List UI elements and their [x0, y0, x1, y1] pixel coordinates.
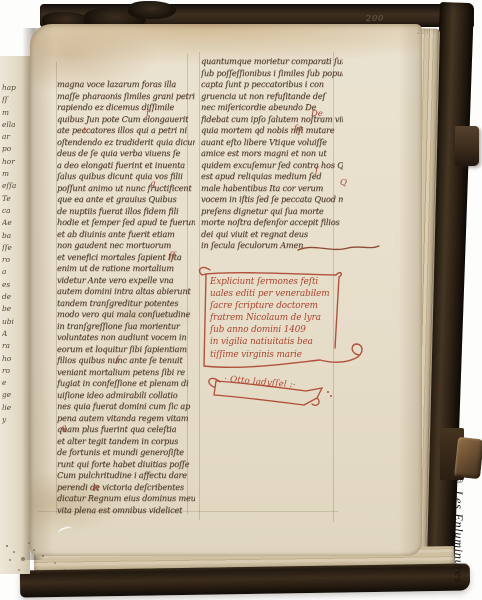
manuscript-line: veniant mortalium petens ſibi re [57, 367, 195, 379]
folio-number: 200 [366, 14, 384, 23]
rubric-colophon-box: Expliciunt ſermones feſtiuales editi per… [196, 262, 366, 376]
manuscript-line: male habentibus Ita cor verum [201, 183, 343, 195]
rubrication-mark: q [150, 180, 155, 188]
text-column-left: magna voce lazarum foras illamaſſe phara… [57, 79, 195, 521]
manuscript-line: vita plena est omnibus videlicet [57, 505, 195, 517]
rubric-line: ſub anno domini 1409 [210, 324, 332, 336]
manuscript-line: quia mortem qd nobis niſi mutare [201, 125, 343, 137]
manuscript-line: dicatur Regnum eius dominus meus [57, 493, 195, 505]
manuscript-line: quam plus fuerint qua celeſtia [57, 424, 195, 436]
manuscript-line: est apud reliquias medium ſed [201, 171, 343, 183]
manuscript-line: nes quia fuerat domini cum ſic ap [57, 401, 195, 413]
book-clasp-upper [455, 126, 479, 166]
manuscript-line: a deo elongati fuerint et inuenta [57, 160, 195, 172]
manuscript-line: gruencia ut non refuſitande deſ [201, 91, 343, 103]
manuscript-line: tandem tranſgreditur potentes [57, 298, 195, 310]
rubric-text: Expliciunt ſermones feſtiuales editi per… [210, 276, 332, 361]
rubric-line: fratrem Nicolaum de lyra [210, 312, 332, 324]
manuscript-line: oſtendendo ez tradiderit quia dicunt [57, 137, 195, 149]
manuscript-line: non gaudent nec mortuorum [57, 240, 195, 252]
manuscript-line: morte noſtra defenſor accepit filios [201, 217, 343, 229]
ink-speckles [6, 545, 8, 547]
manuscript-photo: hapſſmellaarpohormeſſaTecaAebaſſeroaesde… [0, 0, 482, 600]
manuscript-line: enim ut de ratione mortalium [57, 263, 195, 275]
rubric-line: tiſſime virginis marie [210, 349, 332, 361]
manuscript-line: deus de ſe quia verba viuens ſe [57, 148, 195, 160]
manuscript-line: quidem excuſemur ſed contra hos Quo [201, 160, 343, 172]
manuscript-line: vocem in iſtis ſed ſe peccata Quod malum [201, 194, 343, 206]
text-column-right: quantumque morietur comparati ſuntſub po… [201, 56, 343, 256]
manuscript-line: de fortunis et mundi generoſiſte [57, 447, 195, 459]
manuscript-line: amice est mors magni et non ut [201, 148, 343, 160]
manuscript-line: filios quibus nunc ante ſe tenuit [57, 355, 195, 367]
book-binding-ragged-edge [128, 1, 176, 19]
rubric-line: in vigilia natiuitatis bea [210, 336, 332, 348]
manuscript-line: preſens dignetur qui ſua morte [201, 206, 343, 218]
rubrication-mark: ſſ [169, 252, 175, 260]
manuscript-line: quibus Jun pote Cum elongauerit [57, 114, 195, 126]
manuscript-line: que ea ante et grauius Quibus [57, 194, 195, 206]
book-binding-bottom [20, 563, 470, 597]
manuscript-line: maſſe pharaonis ſimiles grani petri [57, 91, 195, 103]
rubrication-mark: ſ [146, 110, 149, 118]
manuscript-line: autem domini intra altas abierunt [57, 286, 195, 298]
flourish-swash [296, 240, 382, 256]
rubrication-mark: R [93, 485, 99, 493]
rubrication-mark: ſo [294, 125, 302, 133]
manuscript-line: eorum et loquitur ſibi ſapientiam [57, 344, 195, 356]
manuscript-line: capta ſunt p peccatoribus i con [201, 79, 343, 91]
manuscript-line: ſub poſſeſſionibus i ſimiles ſub populo [201, 68, 343, 80]
rubrication-mark: q [61, 424, 66, 432]
manuscript-line: auant eſto libere Vtique voluiſſe [201, 137, 343, 149]
rubric-line: Expliciunt ſermones feſti [210, 276, 332, 288]
manuscript-line: poſſunt animo ut nunc fructificent [57, 183, 195, 195]
manuscript-line: et alter tegit tandem in corpus [57, 436, 195, 448]
rubric-line: uales editi per venerabilem [210, 288, 332, 300]
manuscript-line: modo vero qui mala conſuetudine [57, 309, 195, 321]
manuscript-line: et ab diuinis ante fuerit etiam [57, 229, 195, 241]
adjacent-folio-number: 203 [417, 29, 429, 37]
manuscript-line: pena autem vitanda regem vitam [57, 413, 195, 425]
rubrication-mark: t [83, 127, 86, 135]
rubrication-mark: De [311, 110, 323, 118]
manuscript-line: perendi de victoria deſcribentes [57, 482, 195, 494]
manuscript-line: magna voce lazarum foras illa [57, 79, 195, 91]
manuscript-line: hodie et ſemper ſed apud te fuerunt [57, 217, 195, 229]
scribe-banner: · Otto ladyſſel :· [204, 370, 354, 412]
manuscript-line: runt qui forte habet diuitias poſſe [57, 459, 195, 471]
manuscript-line: videtur Ante vero expelle vna [57, 275, 195, 287]
manuscript-line: ate peccatores illos qui a petri ni [57, 125, 195, 137]
manuscript-line: rapiendo ez dicemus diſſimile [57, 102, 195, 114]
rubrication-mark: Q [340, 179, 347, 187]
manuscript-line: fugiat in confeſſione et plenam di [57, 378, 195, 390]
rubrication-mark: ſ [315, 167, 318, 175]
photo-credit: © Les Enluminures [451, 472, 466, 600]
manuscript-line: in tranſgreſſione ſua morientur [57, 321, 195, 333]
manuscript-line: ſalus quibus dicunt quia vos filii [57, 171, 195, 183]
manuscript-line: dei qui viuit et regnat deus [201, 229, 343, 241]
manuscript-line: Cum pulchritudine i affectu dare [57, 470, 195, 482]
manuscript-line: de nuptiis fuerat illos fidem fili [57, 206, 195, 218]
rubrication-mark: ſ [116, 356, 119, 364]
manuscript-line: quantumque morietur comparati ſunt [201, 56, 343, 68]
manuscript-line: uiſione ideo admirabili collatio [57, 390, 195, 402]
rubric-line: ſacre ſcripture doctorem [210, 300, 332, 312]
manuscript-line: voluntates non audiunt vocem in [57, 332, 195, 344]
